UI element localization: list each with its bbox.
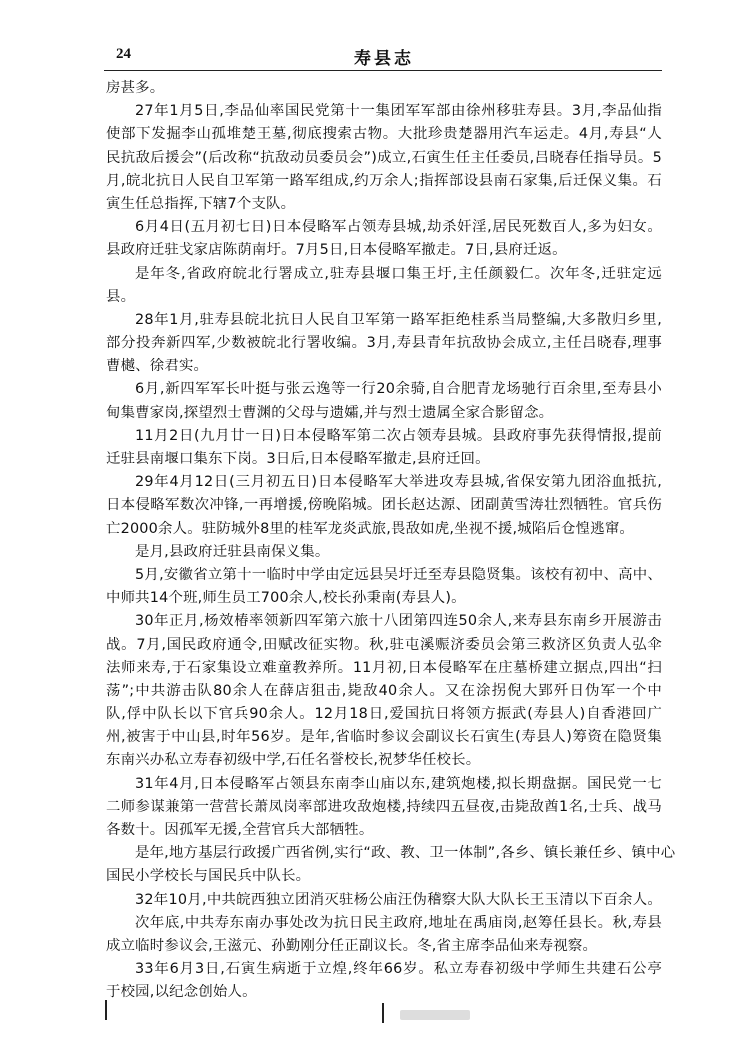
text-line: 28年1月,驻寿县皖北抗日人民自卫军第一路军拒绝桂系当局整编,大多散归乡里, xyxy=(106,309,662,332)
text-line: 次年底,中共寿东南办事处改为抗日民主政府,地址在禹庙岗,赵筹任县长。秋,寿县 xyxy=(106,912,662,935)
text-line: 是月,县政府迁驻县南保义集。 xyxy=(106,541,662,564)
text-line: 房甚多。 xyxy=(106,77,662,100)
text-line: 日本侵略军数次冲锋,一再增援,傍晚陷城。团长赵达源、团副黄雪涛壮烈牺牲。官兵伤 xyxy=(106,494,662,517)
text-line: 中师共14个班,师生员工700余人,校长孙秉南(寿县人)。 xyxy=(106,587,662,610)
text-line: 部分投奔新四军,少数被皖北行署收编。3月,寿县青年抗敌协会成立,主任吕晓春,理事 xyxy=(106,332,662,355)
text-line: 使部下发掘李山孤堆楚王墓,彻底搜索古物。大批珍贵楚器用汽车运走。4月,寿县“人 xyxy=(106,123,662,146)
text-line: 寅生任总指挥,下辖7个支队。 xyxy=(106,193,662,216)
text-line: 队,俘中队长以下官兵90余人。12月18日,爱国抗日将领方振武(寿县人)自香港回… xyxy=(106,703,662,726)
text-line: 6月,新四军军长叶挺与张云逸等一行20余骑,自合肥青龙场驰行百余里,至寿县小 xyxy=(106,378,662,401)
text-line: 33年6月3日,石寅生病逝于立煌,终年66岁。私立寿春初级中学师生共建石公亭 xyxy=(106,958,662,981)
text-line: 东南兴办私立寿春初级中学,石任名誉校长,祝梦华任校长。 xyxy=(106,749,662,772)
text-line: 县政府迁驻戈家店陈荫南圩。7月5日,日本侵略军撤走。7日,县府迁返。 xyxy=(106,239,662,262)
text-line: 是年冬,省政府皖北行署成立,驻寿县堰口集王圩,主任颜毅仁。次年冬,迁驻定远 xyxy=(106,263,662,286)
page-header: 24 寿县志 xyxy=(106,44,662,70)
text-line: 成立临时参议会,王滋元、孙勤刚分任正副议长。冬,省主席李品仙来寿视察。 xyxy=(106,935,662,958)
scan-artifact-right xyxy=(382,1003,384,1023)
text-line: 曹樾、徐君实。 xyxy=(106,355,662,378)
text-line: 27年1月5日,李品仙率国民党第十一集团军军部由徐州移驻寿县。3月,李品仙指 xyxy=(106,100,662,123)
text-line: 迁驻县南堰口集东下岗。3日后,日本侵略军撤走,县府迁回。 xyxy=(106,448,662,471)
text-line: 各数十。因孤军无援,全营官兵大部牺牲。 xyxy=(106,819,662,842)
scan-smudge xyxy=(400,1010,470,1020)
body-text: 房甚多。27年1月5日,李品仙率国民党第十一集团军军部由徐州移驻寿县。3月,李品… xyxy=(106,77,662,1005)
text-line: 月,皖北抗日人民自卫军第一路军组成,约万余人;指挥部设县南石家集,后迁保义集。石 xyxy=(106,170,662,193)
text-line: 6月4日(五月初七日)日本侵略军占领寿县城,劫杀奸淫,居民死数百人,多为妇女。 xyxy=(106,216,662,239)
text-line: 11月2日(九月廿一日)日本侵略军第二次占领寿县城。县政府事先获得情报,提前 xyxy=(106,425,662,448)
header-rule xyxy=(104,70,662,71)
text-line: 于校园,以纪念创始人。 xyxy=(106,981,662,1004)
text-line: 县。 xyxy=(106,286,662,309)
text-line: 是年,地方基层行政援广西省例,实行“政、教、卫一体制”,各乡、镇长兼任乡、镇中心 xyxy=(106,842,662,865)
scan-artifact-left xyxy=(105,1000,107,1020)
book-title: 寿县志 xyxy=(106,44,662,69)
text-line: 31年4月,日本侵略军占领县东南李山庙以东,建筑炮楼,拟长期盘据。国民党一七 xyxy=(106,773,662,796)
text-line: 战。7月,国民政府通令,田赋改征实物。秋,驻屯溪赈济委员会第三救济区负责人弘伞 xyxy=(106,634,662,657)
text-line: 荡”;中共游击队80余人在薛店狙击,毙敌40余人。又在涂拐倪大郢歼日伪军一个中 xyxy=(106,680,662,703)
text-line: 32年10月,中共皖西独立团消灭驻杨公庙汪伪稽察大队大队长王玉清以下百余人。 xyxy=(106,889,662,912)
text-line: 甸集曹家岗,探望烈士曹渊的父母与遗孀,并与烈士遗属全家合影留念。 xyxy=(106,402,662,425)
text-line: 5月,安徽省立第十一临时中学由定远县吴圩迁至寿县隐贤集。该校有初中、高中、 xyxy=(106,564,662,587)
text-line: 法师来寿,于石家集设立难童教养所。11月初,日本侵略军在庄墓桥建立据点,四出“扫 xyxy=(106,657,662,680)
text-line: 民抗敌后援会”(后改称“抗敌动员委员会”)成立,石寅生任主任委员,吕晓春任指导员… xyxy=(106,147,662,170)
text-line: 亡2000余人。驻防城外8里的桂军龙炎武旅,畏敌如虎,坐视不援,城陷后仓惶逃窜。 xyxy=(106,518,662,541)
text-line: 29年4月12日(三月初五日)日本侵略军大举进攻寿县城,省保安第九团浴血抵抗, xyxy=(106,471,662,494)
text-line: 国民小学校长与国民兵中队长。 xyxy=(106,865,662,888)
text-line: 州,被害于中山县,时年56岁。是年,省临时参议会副议长石寅生(寿县人)筹资在隐贤… xyxy=(106,726,662,749)
text-line: 30年正月,杨效椿率领新四军第六旅十八团第四连50余人,来寿县东南乡开展游击 xyxy=(106,610,662,633)
text-line: 二师参谋兼第一营营长萧凤岗率部进攻敌炮楼,持续四五昼夜,击毙敌酋1名,士兵、战马 xyxy=(106,796,662,819)
